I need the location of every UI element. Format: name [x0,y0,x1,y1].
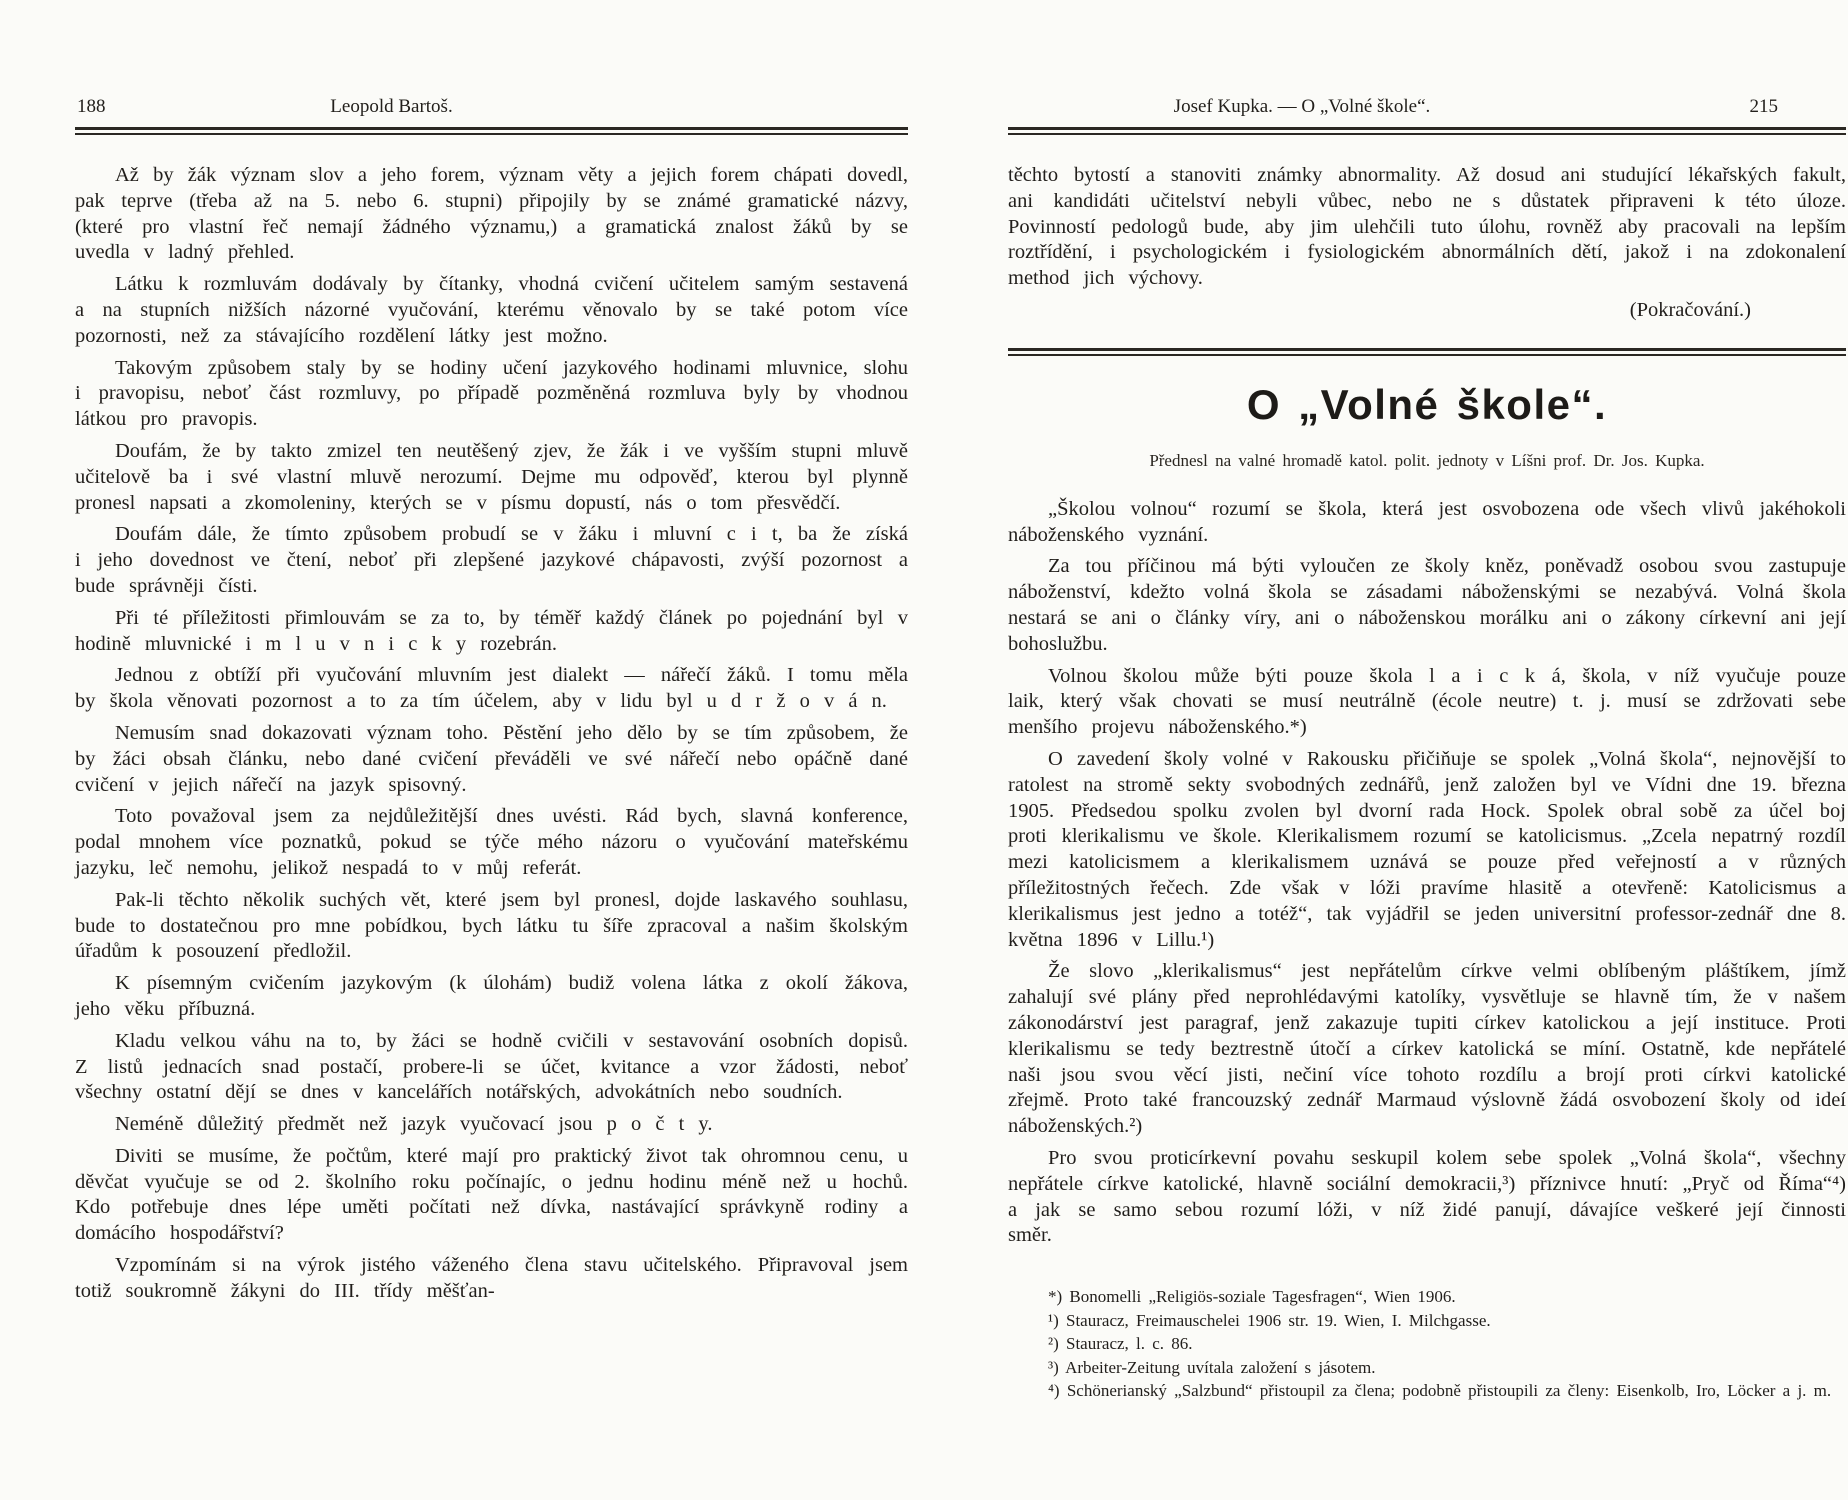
right-column-text: těchto bytostí a stanoviti známky abnorm… [1008,163,1846,1403]
article-separator-rule [1008,348,1846,356]
right-header-rule [1008,127,1846,135]
right-running-header-text: Josef Kupka. — O „Volné škole“. [883,95,1721,119]
right-page-number: 215 [1750,95,1779,119]
body-paragraph: Za tou příčinou má býti vyloučen ze škol… [1008,554,1846,657]
body-paragraph: Nemusím snad dokazovati význam toho. Pěs… [75,721,908,798]
continuation-note: (Pokračování.) [1008,298,1846,324]
footnote: *) Bonomelli „Religiös-soziale Tagesfrag… [1008,1285,1846,1309]
article-title: O „Volné škole“. [1008,382,1846,428]
footnote: ⁴) Schönerianský „Salzbund“ přistoupil z… [1008,1379,1846,1403]
body-paragraph: Při té příležitosti přimlouvám se za to,… [75,606,908,658]
footnote: ²) Stauracz, l. c. 86. [1008,1332,1846,1356]
body-paragraph: Jednou z obtíží při vyučování mluvním je… [75,663,908,715]
scanned-book-spread: 188 Leopold Bartoš. Až by žák význam slo… [0,0,1848,1500]
footnote: ³) Arbeiter-Zeitung uvítala založení s j… [1008,1356,1846,1380]
body-paragraph: Až by žák význam slov a jeho forem, význ… [75,163,908,266]
left-header-rule [75,127,908,135]
left-column-text: Až by žák význam slov a jeho forem, význ… [75,163,908,1305]
body-paragraph: Takovým způsobem staly by se hodiny učen… [75,356,908,433]
body-paragraph: Volnou školou může býti pouze škola l a … [1008,664,1846,741]
body-paragraph: Pro svou proticírkevní povahu seskupil k… [1008,1146,1846,1249]
body-paragraph: Doufám, že by takto zmizel ten neutěšený… [75,439,908,516]
body-paragraph: Látku k rozmluvám dodávaly by čítanky, v… [75,272,908,349]
body-paragraph: K písemným cvičením jazykovým (k úlohám)… [75,971,908,1023]
article-continuation-paragraph: těchto bytostí a stanoviti známky abnorm… [1008,163,1846,292]
left-page: 188 Leopold Bartoš. Až by žák význam slo… [75,95,908,1311]
body-paragraph: Diviti se musíme, že počtům, které mají … [75,1144,908,1247]
footnotes-block: *) Bonomelli „Religiös-soziale Tagesfrag… [1008,1285,1846,1403]
body-paragraph: Pak-li těchto několik suchých vět, které… [75,888,908,965]
right-page-running-head: Josef Kupka. — O „Volné škole“. 215 [1008,95,1846,121]
article-subtitle: Přednesl na valné hromadě katol. polit. … [1008,450,1846,471]
body-paragraph: Doufám dále, že tímto způsobem probudí s… [75,522,908,599]
left-page-running-head: 188 Leopold Bartoš. [75,95,908,121]
body-paragraph: Toto považoval jsem za nejdůležitější dn… [75,804,908,881]
body-paragraph: O zavedení školy volné v Rakousku přičiň… [1008,747,1846,953]
body-paragraph: Že slovo „klerikalismus“ jest nepřátelům… [1008,959,1846,1140]
body-paragraph: „Školou volnou“ rozumí se škola, která j… [1008,497,1846,549]
body-paragraph: Vzpomínám si na výrok jistého váženého č… [75,1253,908,1305]
body-paragraph: Kladu velkou váhu na to, by žáci se hodn… [75,1029,908,1106]
right-page: Josef Kupka. — O „Volné škole“. 215 těch… [1008,95,1846,1403]
footnote: ¹) Stauracz, Freimauschelei 1906 str. 19… [1008,1309,1846,1333]
left-running-header-text: Leopold Bartoš. [0,95,808,119]
body-paragraph: Neméně důležitý předmět než jazyk vyučov… [75,1112,908,1138]
